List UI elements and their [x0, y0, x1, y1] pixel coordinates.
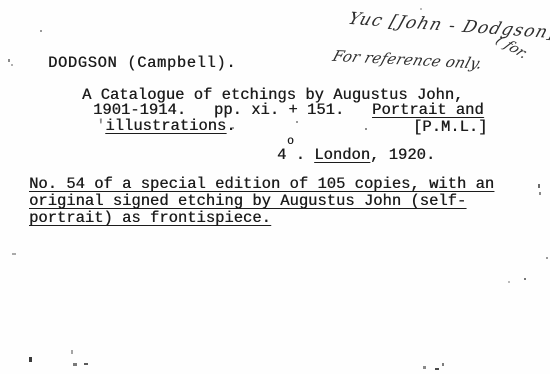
handwritten-reference-note: For reference only. — [331, 47, 485, 73]
scan-speck — [442, 363, 444, 366]
imprint-line: 4 . London, 1920. — [277, 147, 435, 163]
scan-speck — [365, 128, 367, 130]
title-line-2: 1901-1914. pp. xi. + 151. Portrait and — [93, 102, 484, 118]
illustrations-period: . — [226, 117, 235, 135]
title-line-3: 'illustrations. — [96, 118, 236, 134]
scan-speck — [435, 368, 439, 370]
note-line-2: original signed etching by Augustus John… — [29, 193, 466, 209]
scan-speck — [546, 257, 548, 259]
scan-speck — [423, 366, 426, 369]
scan-speck — [11, 64, 13, 66]
library-mark: [P.M.L.] — [413, 119, 487, 135]
scan-speck — [508, 281, 510, 283]
scan-speck — [296, 121, 298, 123]
scan-speck — [84, 363, 88, 365]
scan-speck — [8, 59, 10, 62]
note-line-3: portrait) as frontispiece. — [29, 210, 271, 226]
scan-speck — [40, 30, 42, 32]
note-line-3-text: portrait) as frontispiece. — [29, 209, 271, 227]
note-line-2-text: original signed etching by Augustus John… — [29, 192, 466, 210]
illustrations-underlined: illustrations — [105, 117, 226, 135]
handwritten-shelfmark: Yuc [John - Dodgson] — [346, 9, 550, 43]
note-line-1: No. 54 of a special edition of 105 copie… — [29, 176, 494, 192]
format-digit: 4 . — [277, 146, 314, 164]
portrait-and-underlined: Portrait and — [372, 101, 484, 119]
stray-tick-mark: ' — [96, 117, 105, 135]
catalog-card: Yuc [John - Dodgson] ( for. For referenc… — [0, 0, 550, 374]
imprint-place-underlined: London — [314, 146, 370, 164]
scan-speck — [71, 350, 73, 354]
scan-speck — [29, 357, 32, 362]
scan-speck — [538, 184, 540, 188]
note-line-1-text: No. 54 of a special edition of 105 copie… — [29, 175, 494, 193]
author-heading: DODGSON (Campbell). — [48, 55, 236, 71]
scan-speck — [420, 8, 422, 10]
imprint-date: , 1920. — [370, 146, 435, 164]
scan-speck — [73, 363, 77, 366]
scan-speck — [539, 192, 541, 195]
scan-speck — [12, 253, 16, 255]
scan-speck — [232, 127, 234, 129]
scan-speck — [524, 278, 526, 280]
